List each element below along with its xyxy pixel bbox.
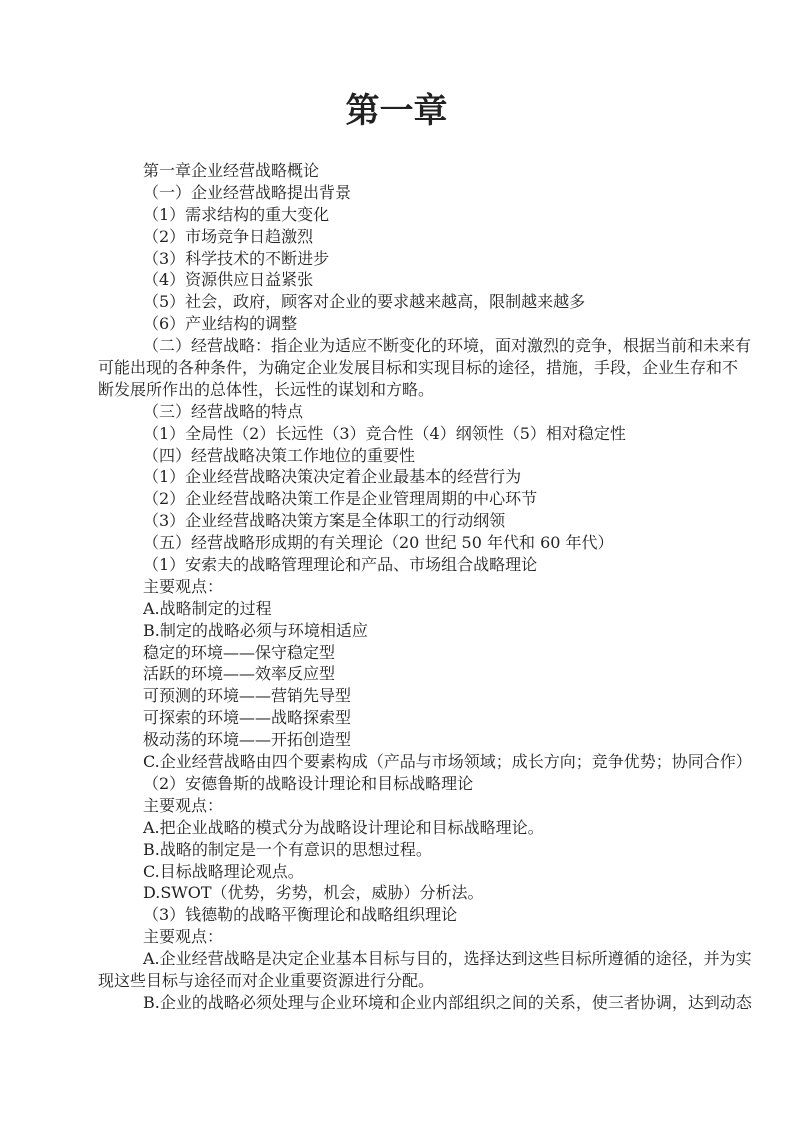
text-line: （3）科学技术的不断进步 <box>98 248 695 270</box>
text-line: 可能出现的各种条件，为确定企业发展目标和实现目标的途径，措施，手段，企业生存和不 <box>98 357 695 379</box>
text-line: （四）经营战略决策工作地位的重要性 <box>98 445 695 467</box>
page-title: 第一章 <box>0 0 793 128</box>
text-line: 主要观点： <box>98 926 695 948</box>
text-line: （五）经营战略形成期的有关理论（20 世纪 50 年代和 60 年代） <box>98 532 695 554</box>
text-line: 主要观点： <box>98 576 695 598</box>
text-line: 第一章企业经营战略概论 <box>98 160 695 182</box>
document-page: 第一章 第一章企业经营战略概论 （一）企业经营战略提出背景 （1）需求结构的重大… <box>0 0 793 1122</box>
text-line: （2）企业经营战略决策工作是企业管理周期的中心环节 <box>98 488 695 510</box>
text-line: 稳定的环境——保守稳定型 <box>98 642 695 664</box>
text-line: （1）企业经营战略决策决定着企业最基本的经营行为 <box>98 466 695 488</box>
text-line: C.目标战略理论观点。 <box>98 861 695 883</box>
text-line: 可预测的环境——营销先导型 <box>98 685 695 707</box>
document-body: 第一章企业经营战略概论 （一）企业经营战略提出背景 （1）需求结构的重大变化 （… <box>98 160 695 1014</box>
text-line: 活跃的环境——效率反应型 <box>98 663 695 685</box>
text-line: A.企业经营战略是决定企业基本目标与目的，选择达到这些目标所遵循的途径，并为实 <box>98 948 695 970</box>
text-line: （4）资源供应日益紧张 <box>98 269 695 291</box>
text-line: B.战略的制定是一个有意识的思想过程。 <box>98 839 695 861</box>
text-line: 现这些目标与途径而对企业重要资源进行分配。 <box>98 970 695 992</box>
text-line: （三）经营战略的特点 <box>98 401 695 423</box>
text-line: （6）产业结构的调整 <box>98 313 695 335</box>
text-line: C.企业经营战略由四个要素构成（产品与市场领域；成长方向；竞争优势；协同合作） <box>98 751 695 773</box>
text-line: （2）安德鲁斯的战略设计理论和目标战略理论 <box>98 773 695 795</box>
text-line: 主要观点： <box>98 795 695 817</box>
text-line: （2）市场竞争日趋激烈 <box>98 226 695 248</box>
text-line: （1）需求结构的重大变化 <box>98 204 695 226</box>
text-line: （5）社会，政府，顾客对企业的要求越来越高，限制越来越多 <box>98 291 695 313</box>
text-line: （3）钱德勒的战略平衡理论和战略组织理论 <box>98 904 695 926</box>
text-line: （1）安索夫的战略管理理论和产品、市场组合战略理论 <box>98 554 695 576</box>
text-line: （一）企业经营战略提出背景 <box>98 182 695 204</box>
text-line: （1）全局性（2）长远性（3）竞合性（4）纲领性（5）相对稳定性 <box>98 423 695 445</box>
text-line: 可探索的环境——战略探索型 <box>98 707 695 729</box>
text-line: （二）经营战略：指企业为适应不断变化的环境，面对激烈的竞争，根据当前和未来有 <box>98 335 695 357</box>
text-line: B.企业的战略必须处理与企业环境和企业内部组织之间的关系，使三者协调，达到动态 <box>98 992 695 1014</box>
text-line: A.把企业战略的模式分为战略设计理论和目标战略理论。 <box>98 817 695 839</box>
text-line: 断发展所作出的总体性，长远性的谋划和方略。 <box>98 379 695 401</box>
text-line: A.战略制定的过程 <box>98 598 695 620</box>
text-line: B.制定的战略必须与环境相适应 <box>98 620 695 642</box>
text-line: 极动荡的环境——开拓创造型 <box>98 729 695 751</box>
text-line: （3）企业经营战略决策方案是全体职工的行动纲领 <box>98 510 695 532</box>
text-line: D.SWOT（优势，劣势，机会，威胁）分析法。 <box>98 882 695 904</box>
